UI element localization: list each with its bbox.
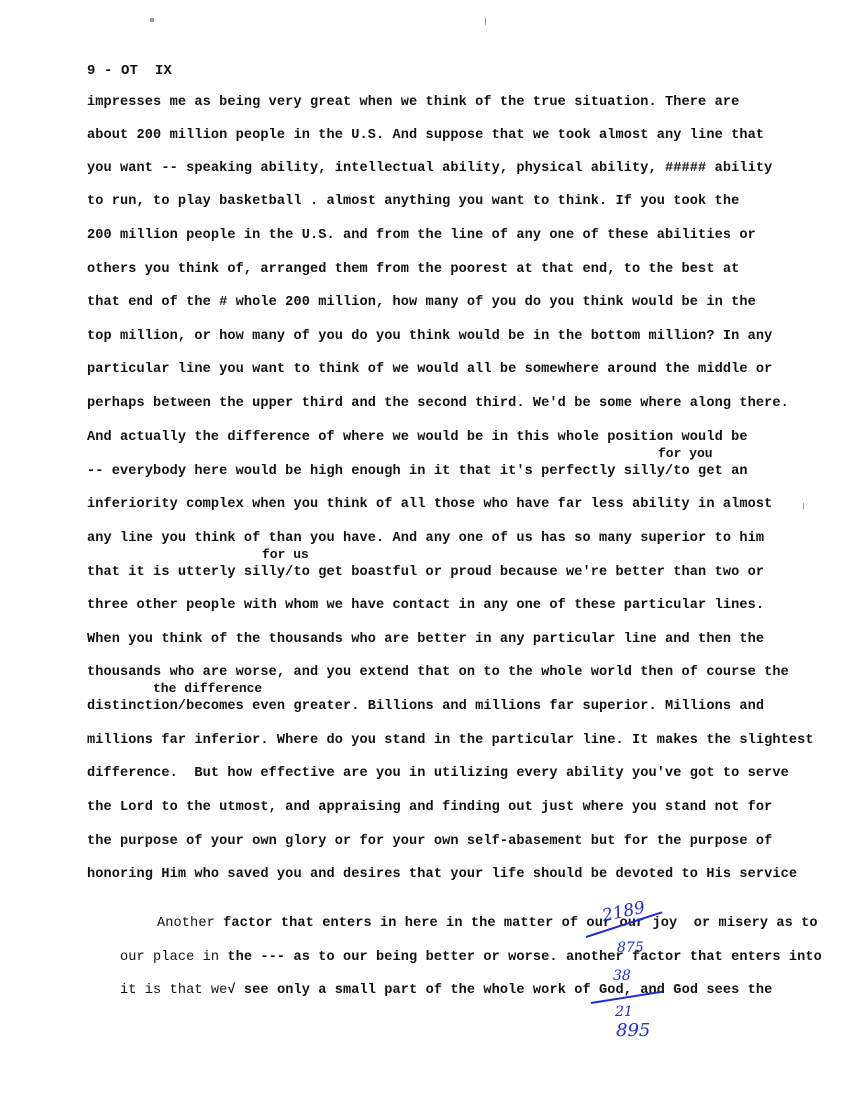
interlinear-insertion: for us — [262, 548, 309, 562]
text-line: the purpose of your own glory or for you… — [87, 834, 772, 850]
handwritten-number: 21 — [615, 1004, 633, 1020]
interlinear-insertion: for you — [658, 447, 713, 461]
handwritten-number: 38 — [613, 968, 631, 984]
text-line: top million, or how many of you do you t… — [87, 329, 772, 345]
page-header: 9 - OT IX — [87, 63, 172, 79]
text-line: others you think of, arranged them from … — [87, 262, 739, 278]
text-line: difference. But how effective are you in… — [87, 766, 789, 782]
typewritten-page: 9 - OT IX impresses me as being very gre… — [0, 0, 848, 1099]
text-line: And actually the difference of where we … — [87, 430, 748, 446]
text-line: you want -- speaking ability, intellectu… — [87, 161, 772, 177]
text-line: to run, to play basketball . almost anyt… — [87, 194, 739, 210]
final-paragraph-line-3: it is that we√ see only a small part of … — [87, 967, 772, 1015]
text-line: When you think of the thousands who are … — [87, 632, 764, 648]
text-line: inferiority complex when you think of al… — [87, 497, 772, 513]
text-line: about 200 million people in the U.S. And… — [87, 128, 764, 144]
text-line: three other people with whom we have con… — [87, 598, 764, 614]
text-line: any line you think of than you have. And… — [87, 531, 764, 547]
text-line: distinction/becomes even greater. Billio… — [87, 699, 764, 715]
scan-speck — [150, 18, 154, 22]
handwritten-number: 895 — [616, 1020, 650, 1041]
interlinear-insertion: the difference — [153, 682, 262, 696]
text-line: perhaps between the upper third and the … — [87, 396, 789, 412]
text-line: particular line you want to think of we … — [87, 362, 772, 378]
text-line: that it is utterly silly/to get boastful… — [87, 565, 764, 581]
text-line: impresses me as being very great when we… — [87, 95, 739, 111]
handwritten-number: 875 — [617, 940, 644, 956]
typed-insertion: Another — [157, 916, 215, 931]
typed-insertion: our place in — [120, 950, 219, 965]
scan-speck — [485, 18, 486, 25]
text-line: 200 million people in the U.S. and from … — [87, 228, 756, 244]
text-line: honoring Him who saved you and desires t… — [87, 867, 797, 883]
text-line: the Lord to the utmost, and appraising a… — [87, 800, 772, 816]
text-line: that end of the # whole 200 million, how… — [87, 295, 756, 311]
text-line: thousands who are worse, and you extend … — [87, 665, 789, 681]
text-line: -- everybody here would be high enough i… — [87, 464, 748, 480]
text-line: millions far inferior. Where do you stan… — [87, 733, 814, 749]
scan-speck — [803, 503, 804, 509]
checkmark-icon: √ — [227, 983, 235, 998]
typed-insertion: it is that we — [120, 983, 227, 998]
